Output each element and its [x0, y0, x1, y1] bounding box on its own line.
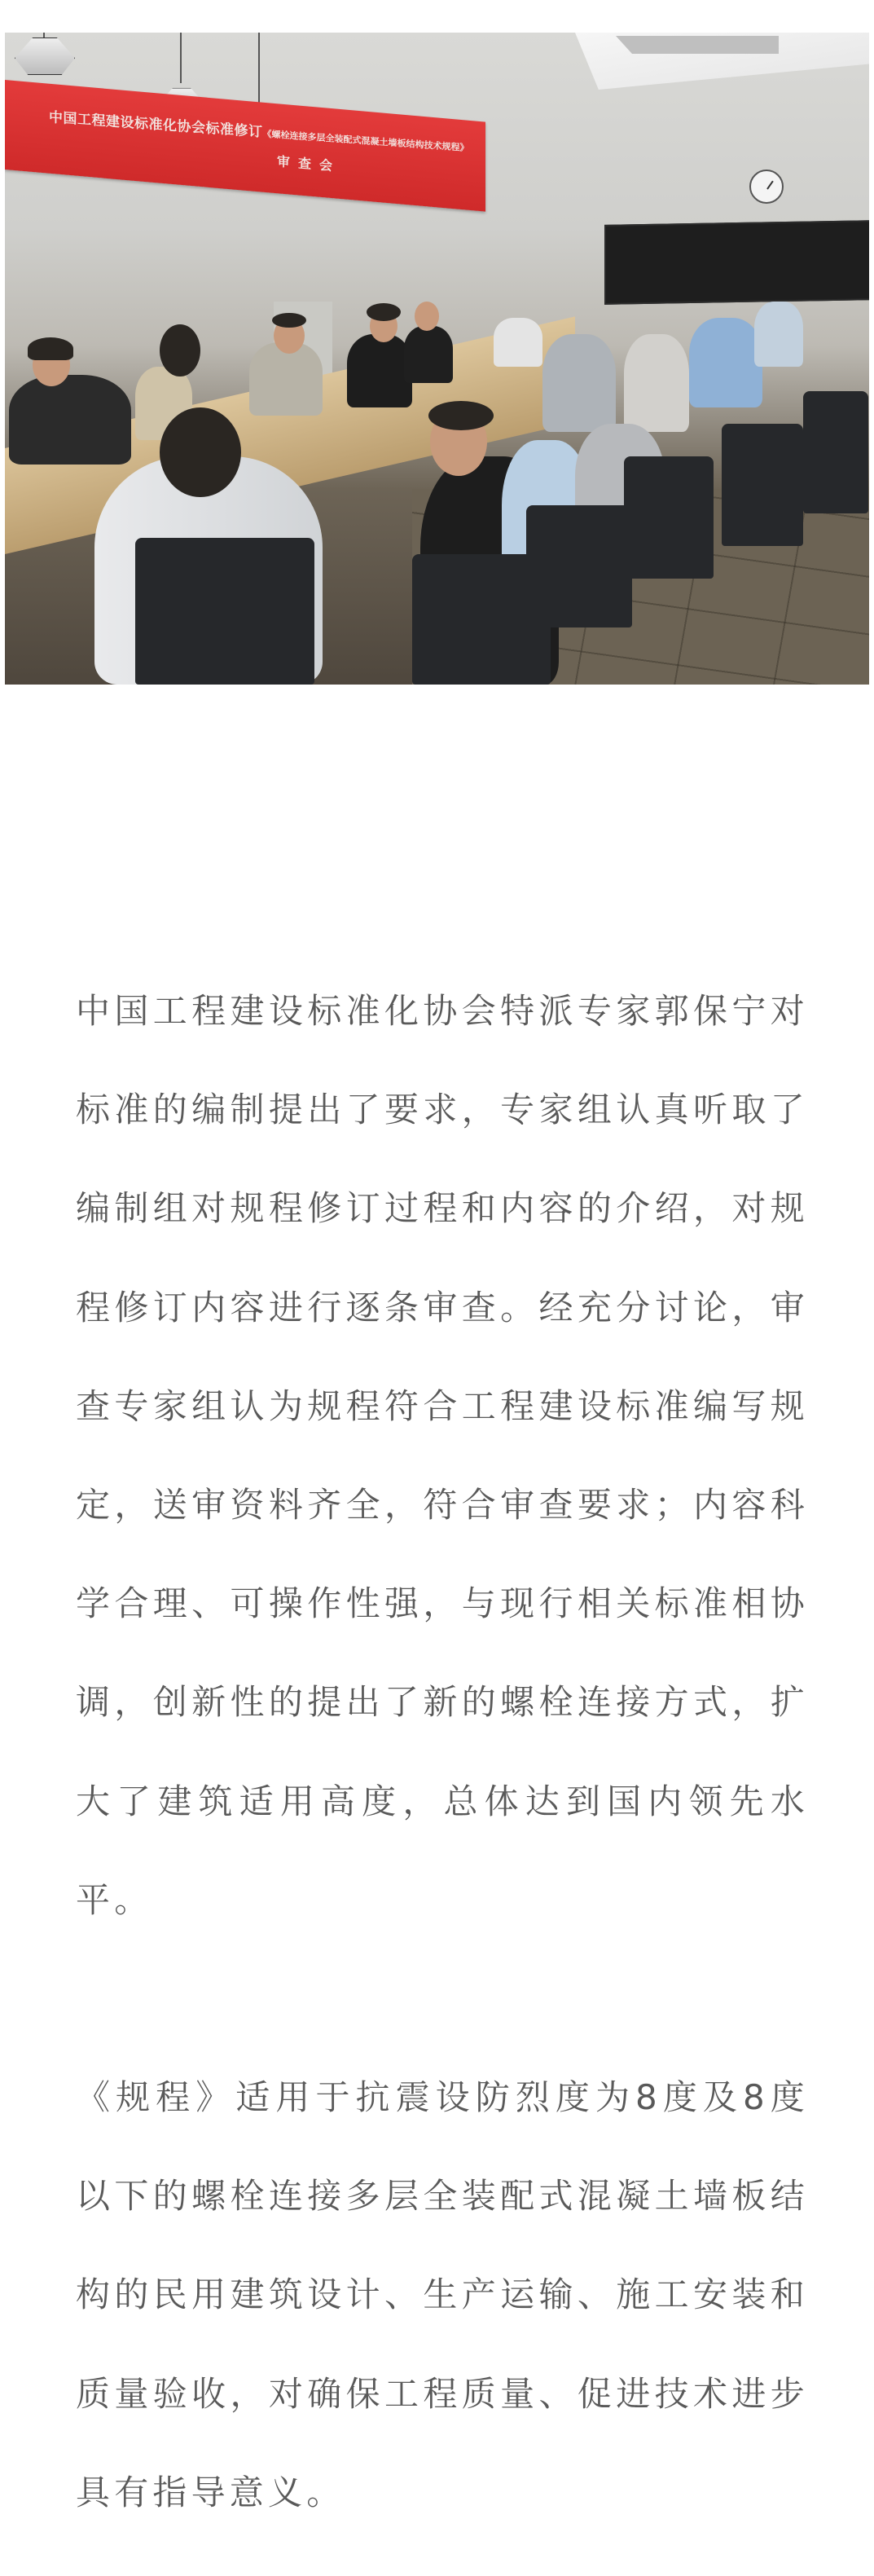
article-body: 中国工程建设标准化协会特派专家郭保宁对标准的编制提出了要求，专家组认真听取了编制…	[76, 962, 809, 2542]
chair	[803, 391, 868, 513]
chair	[722, 424, 803, 546]
chair	[624, 456, 714, 579]
meeting-attendees	[5, 33, 869, 685]
chair	[526, 505, 632, 627]
paragraph-review-conclusion: 中国工程建设标准化协会特派专家郭保宁对标准的编制提出了要求，专家组认真听取了编制…	[76, 962, 809, 1949]
meeting-photo: 中国工程建设标准化协会标准修订《螺栓连接多层全装配式混凝土墙板结构技术规程》 审…	[5, 33, 869, 685]
paragraph-scope: 《规程》适用于抗震设防烈度为8度及8度以下的螺栓连接多层全装配式混凝土墙板结构的…	[76, 2048, 809, 2542]
chair	[135, 538, 314, 685]
